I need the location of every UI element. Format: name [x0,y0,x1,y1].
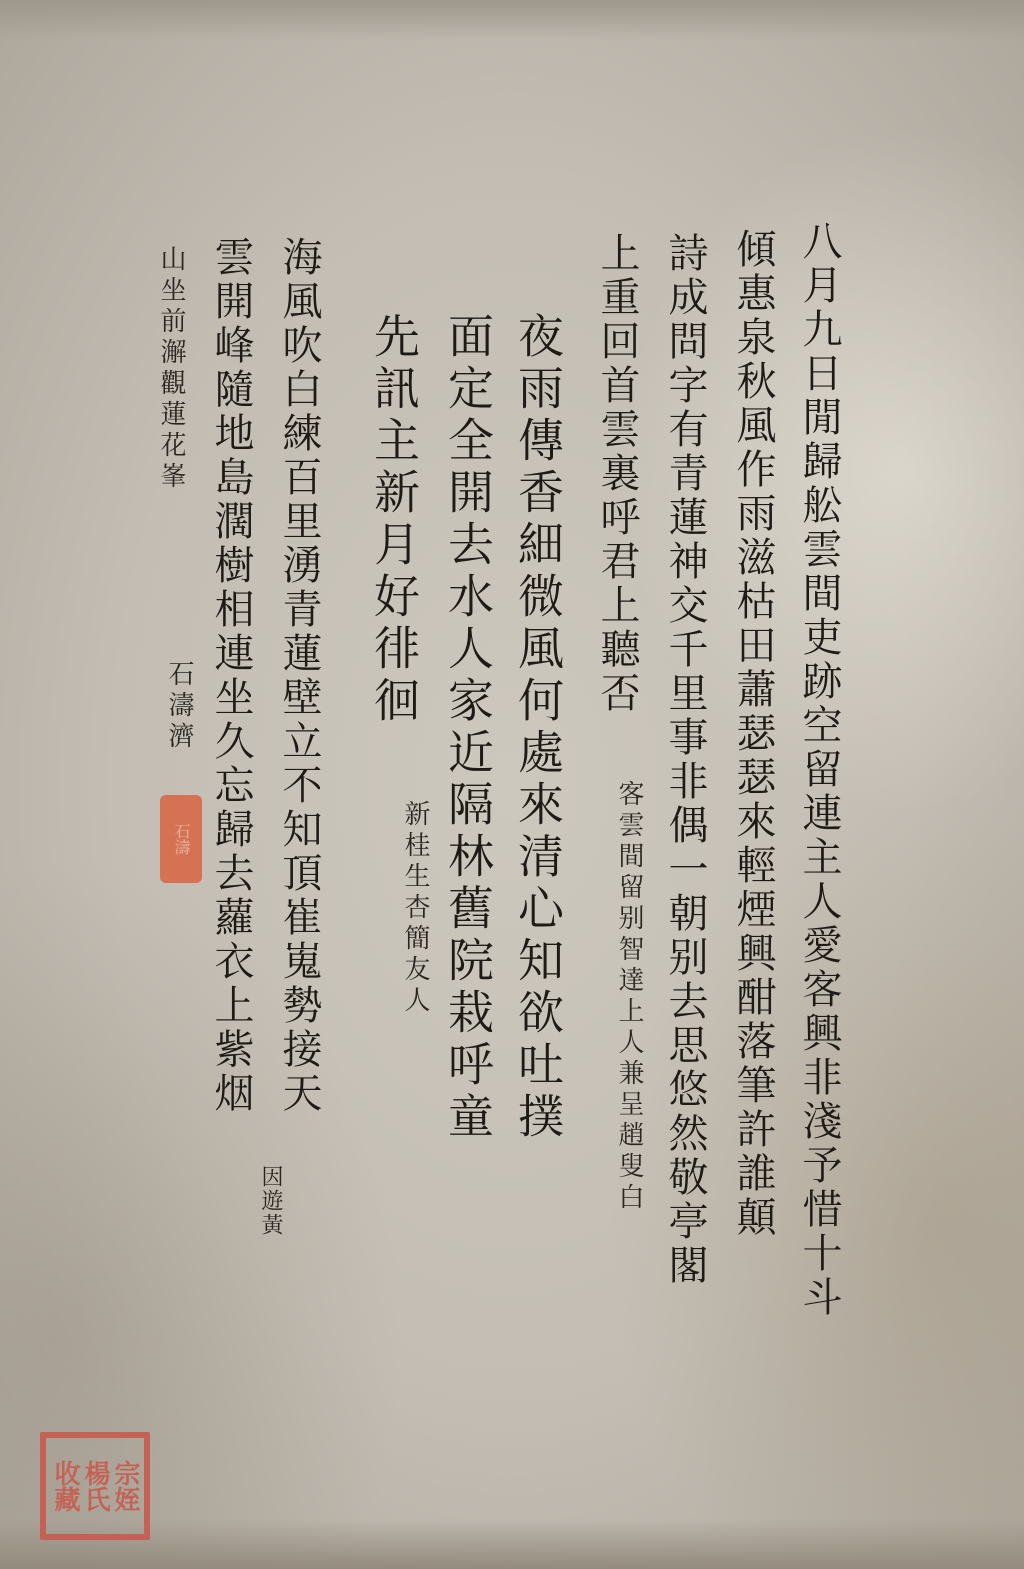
collector-seal-col-3: 收藏 [50,1442,80,1530]
collector-seal: 收藏 楊氏 宗姪 [40,1432,150,1540]
paper-edge-top [0,0,1024,40]
collector-seal-col-1: 宗姪 [110,1442,140,1530]
poem-title-note-3: 山坐前澥觀蓮花峯 [154,245,188,493]
collector-seal-col-2: 楊氏 [80,1442,110,1530]
text-column-6: 面定全開去水人家近隔林舊院栽呼童 [438,312,498,1144]
text-column-7: 先訊主新月好徘徊 [364,312,424,728]
paper-edge-bottom [0,1519,1024,1569]
text-column-9-note: 因遊黃 [256,1165,284,1237]
artist-seal-text: 石濤 [172,823,190,855]
poem-title-note-1: 客雲間留别智達上人兼呈趙叟白 [612,780,646,1214]
text-column-3: 詩成問字有青蓮神交千里事非偶一朝别去思悠然敬亭閣 [658,232,712,1288]
text-column-5: 夜雨傳香細微風何處來清心知欲吐撲 [508,312,568,1144]
artist-seal: 石濤 [160,795,202,883]
text-column-1: 八月九日閒歸舩雲間吏跡空留連主人愛客興非淺予惜十斗 [792,220,846,1320]
text-column-9: 雲開峰隨地島濶樹相連坐久忘歸去蘿衣上紫烟 [204,236,258,1116]
text-column-4: 上重回首雲裏呼君上聽否 [590,232,644,716]
poem-title-note-2: 新桂生杏簡友人 [398,800,432,1017]
text-column-8: 海風吹白練百里湧青蓮壁立不知頂崔嵬勢接天 [272,236,326,1116]
signature: 石濤濟 [162,660,196,753]
text-column-2: 傾惠泉秋風作雨滋枯田蕭瑟瑟來輕煙興酣落筆許誰顛 [726,228,780,1240]
